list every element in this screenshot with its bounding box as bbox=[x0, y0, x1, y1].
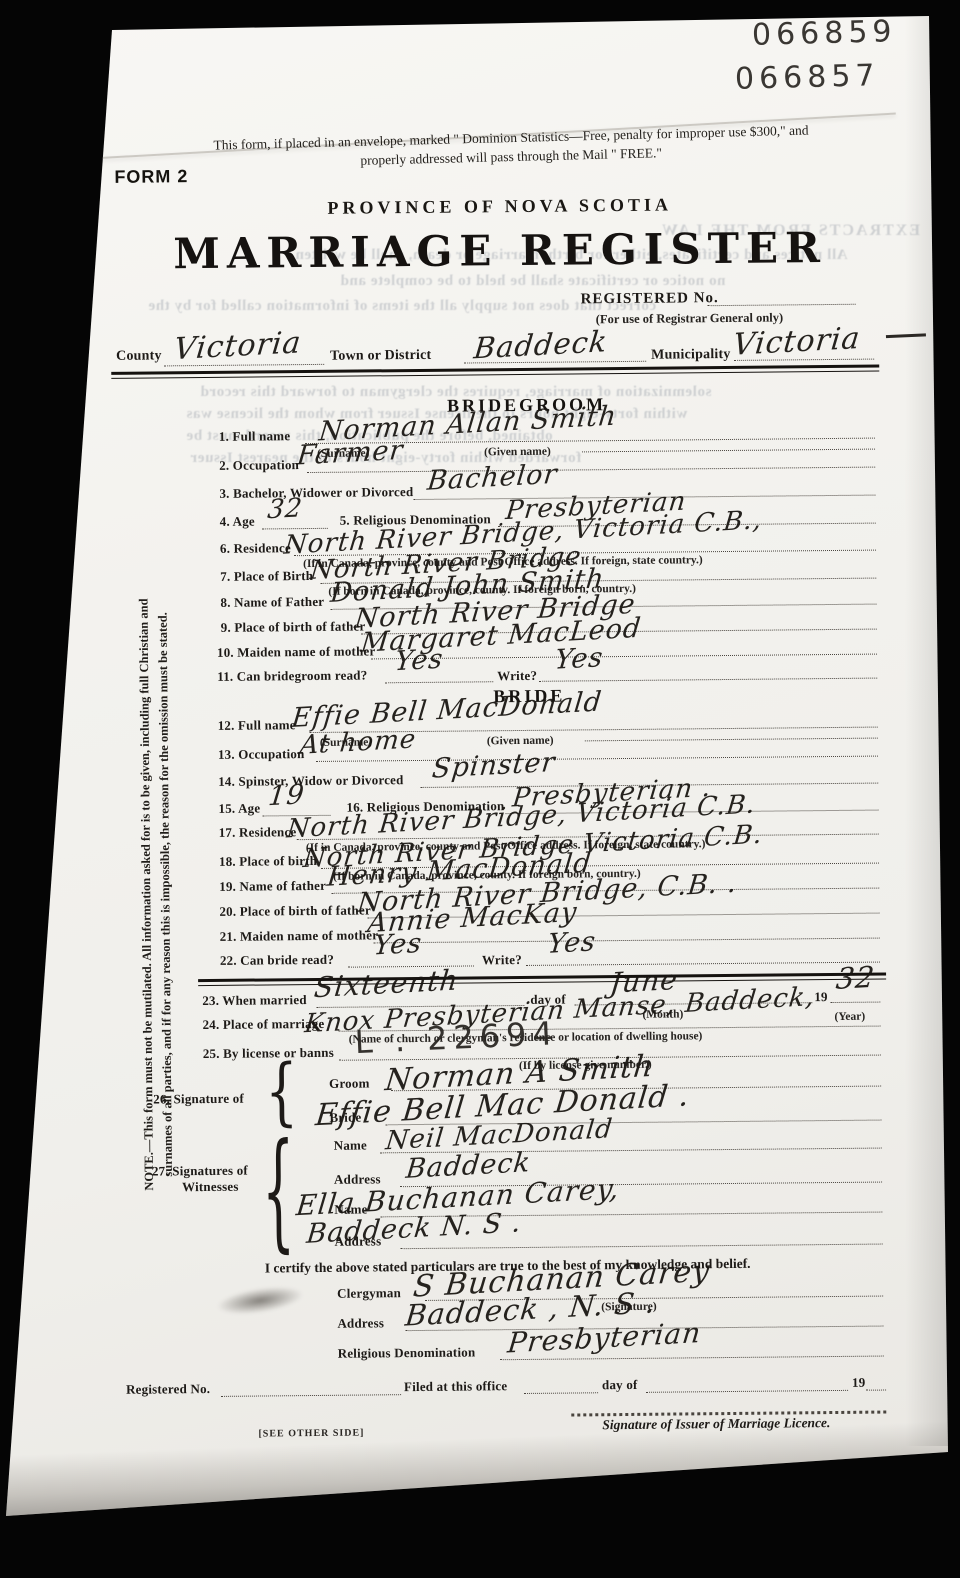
see-other-side-note: [SEE OTHER SIDE] bbox=[258, 1428, 364, 1440]
br-can-write-value: Yes bbox=[546, 926, 597, 960]
dotted-line bbox=[307, 467, 875, 473]
dotted-line bbox=[585, 738, 878, 742]
dotted-line bbox=[385, 681, 493, 683]
br-can-write-label: Write? bbox=[482, 952, 522, 968]
bg-father-birthplace-label: 9. Place of birth of father bbox=[221, 618, 366, 635]
form-number: FORM 2 bbox=[114, 166, 188, 188]
dotted-line bbox=[371, 654, 877, 660]
br-age-value: 19 bbox=[267, 779, 307, 812]
municipality-label: Municipality bbox=[651, 347, 731, 364]
year-value: 32 bbox=[834, 960, 876, 996]
municipality-value: Victoria bbox=[731, 321, 862, 363]
dotted-line bbox=[708, 304, 856, 306]
when-married-label: 23. When married bbox=[202, 992, 307, 1009]
br-full-name-label: 12. Full name bbox=[218, 717, 296, 734]
br-age-label: 15. Age bbox=[218, 800, 260, 816]
clergyman-address-label: Address bbox=[337, 1315, 384, 1331]
bg-age-value: 32 bbox=[266, 493, 304, 525]
dotted-line bbox=[221, 1394, 401, 1397]
bg-can-read-value: Yes bbox=[393, 644, 444, 678]
bg-occupation-label: 2. Occupation bbox=[219, 457, 299, 474]
br-father-label: 19. Name of father bbox=[219, 878, 326, 895]
town-district-value: Baddeck bbox=[472, 324, 609, 365]
license-number-value: L . 22694 bbox=[354, 1014, 560, 1061]
bg-status-label: 3. Bachelor, Widower or Divorced bbox=[219, 484, 413, 502]
dotted-line bbox=[316, 756, 878, 762]
registered-no-note: (For use of Registrar General only) bbox=[596, 310, 783, 327]
br-residence-label: 17. Residence bbox=[219, 824, 297, 841]
bg-residence-label: 6. Residence bbox=[220, 540, 291, 557]
witness1-name-label: Name bbox=[334, 1137, 367, 1153]
br-father-birthplace-label: 20. Place of birth of father bbox=[219, 902, 371, 919]
office-registered-label: Registered No. bbox=[126, 1381, 210, 1398]
dotted-line bbox=[539, 678, 877, 682]
paper-sheet: EXTRACTS FROM THE LAW All notices and ce… bbox=[0, 0, 960, 1578]
br-status-label: 14. Spinster, Widow or Divorced bbox=[218, 772, 403, 790]
dotted-line bbox=[401, 1244, 883, 1250]
dotted-line bbox=[526, 962, 880, 966]
bg-mother-label: 10. Maiden name of mother bbox=[217, 643, 376, 661]
dotted-line bbox=[830, 1002, 880, 1003]
form-content: This form, if placed in an envelope, mar… bbox=[0, 0, 960, 1578]
bg-can-write-value: Yes bbox=[553, 642, 604, 676]
ink-smudge bbox=[216, 1282, 305, 1319]
when-married-day-value: Sixteenth bbox=[313, 963, 461, 1004]
given-name-sublabel: (Given name) bbox=[487, 735, 554, 748]
bg-full-name-label: 1. Full name bbox=[219, 428, 291, 445]
br-can-read-label: 22. Can bride read? bbox=[220, 952, 334, 969]
bg-status-value: Bachelor bbox=[426, 459, 559, 497]
clergyman-label: Clergyman bbox=[337, 1285, 401, 1302]
br-status-value: Spinster bbox=[431, 747, 557, 785]
town-district-label: Town or District bbox=[330, 348, 431, 365]
bg-can-write-label: Write? bbox=[497, 668, 537, 684]
scanned-document-stage: EXTRACTS FROM THE LAW All notices and ce… bbox=[0, 0, 960, 1578]
county-label: County bbox=[116, 348, 162, 364]
office-day-of-label: day of bbox=[602, 1377, 638, 1393]
page-title: MARRIAGE REGISTER bbox=[145, 223, 855, 279]
office-filed-label: Filed at this office bbox=[404, 1378, 507, 1395]
given-name-sublabel: (Given name) bbox=[484, 446, 551, 459]
brace-glyph: { bbox=[262, 1128, 296, 1256]
denomination-label: Religious Denomination bbox=[338, 1344, 476, 1361]
dotted-line bbox=[582, 449, 875, 453]
year-sublabel: (Year) bbox=[834, 1011, 865, 1023]
registered-no-label: REGISTERED No. bbox=[581, 290, 719, 308]
br-occupation-value: At home bbox=[298, 724, 417, 760]
bg-birthplace-label: 7. Place of Birth bbox=[220, 568, 313, 585]
br-can-read-value: Yes bbox=[372, 928, 423, 962]
dotted-line bbox=[646, 1390, 848, 1393]
groom-sig-label: Groom bbox=[329, 1075, 370, 1091]
year-prefix: 19 bbox=[814, 989, 828, 1005]
witnesses-label-line2: Witnesses bbox=[182, 1179, 239, 1196]
dotted-line bbox=[866, 1390, 886, 1391]
dotted-line bbox=[524, 1392, 598, 1394]
bg-occupation-value: Farmer bbox=[295, 435, 405, 472]
br-mother-label: 21. Maiden name of mother bbox=[220, 927, 379, 945]
section-divider bbox=[111, 365, 879, 379]
bg-age-label: 4. Age bbox=[220, 514, 255, 530]
stray-pen-mark bbox=[886, 333, 926, 338]
bg-father-label: 8. Name of Father bbox=[220, 594, 324, 611]
bg-can-read-label: 11. Can bridegroom read? bbox=[217, 667, 367, 684]
county-value: Victoria bbox=[172, 325, 303, 367]
dotted-line bbox=[374, 938, 880, 944]
br-occupation-label: 13. Occupation bbox=[218, 746, 305, 763]
province-heading: PROVINCE OF NOVA SCOTIA bbox=[150, 193, 850, 221]
office-year-prefix: 19 bbox=[852, 1375, 866, 1391]
margin-note: NOTE.—This form must not be mutilated. A… bbox=[134, 554, 179, 1234]
